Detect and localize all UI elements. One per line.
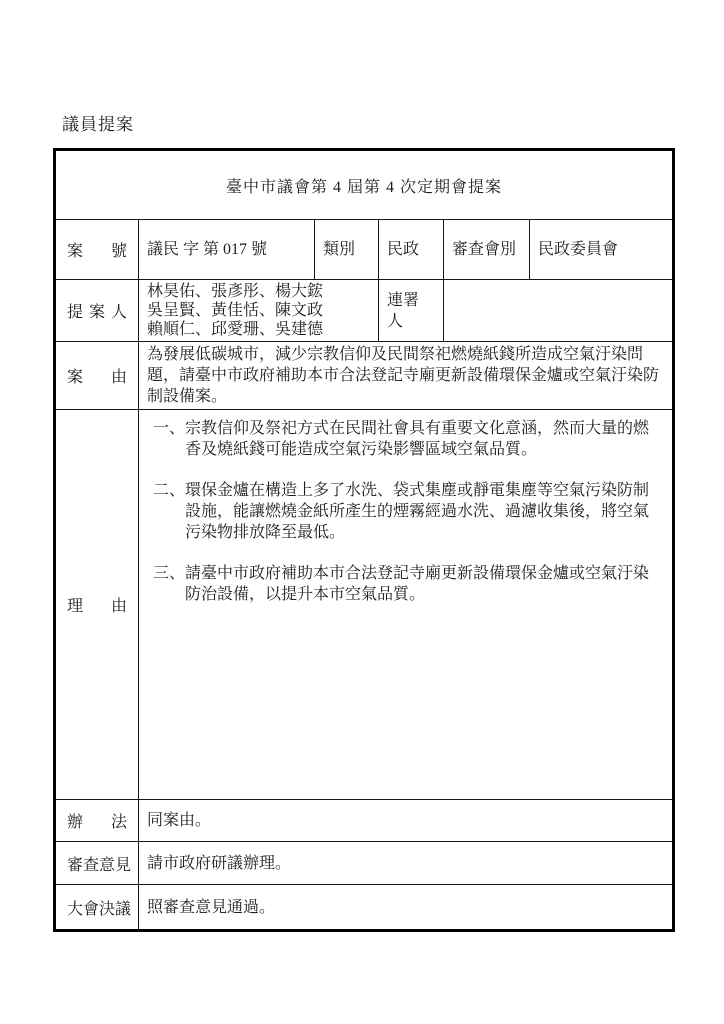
reasons-text: 一、宗教信仰及祭祀方式在民間社會具有重要文化意涵，然而大量的燃香及燒紙錢可能造成… (139, 410, 674, 800)
proposers-line-2: 吳呈賢、黃佳恬、陳文政 (147, 301, 372, 320)
cosigners-label: 連署人 (379, 280, 444, 342)
document-type-label: 議員提案 (62, 110, 134, 135)
reason-item-1: 一、宗教信仰及祭祀方式在民間社會具有重要文化意涵，然而大量的燃香及燒紙錢可能造成… (153, 418, 660, 460)
resolution-label: 大會決議 (55, 885, 139, 931)
proposers-label: 提案人 (55, 280, 139, 342)
review-opinion-label: 審查意見 (55, 842, 139, 885)
reason-item-3: 三、請臺中市政府補助本市合法登記寺廟更新設備環保金爐或空氣汙染防治設備，以提升本… (153, 563, 660, 605)
form-title: 臺中市議會第 4 屆第 4 次定期會提案 (55, 150, 674, 220)
review-opinion-label-text: 審查意見 (67, 852, 127, 875)
reasons-row: 理由 一、宗教信仰及祭祀方式在民間社會具有重要文化意涵，然而大量的燃香及燒紙錢可… (55, 410, 674, 800)
proposers-label-text: 提案人 (67, 299, 127, 322)
case-number-value: 議民 字 第 017 號 (139, 220, 315, 280)
reasons-label-text: 理由 (67, 593, 127, 616)
proposers-line-3: 賴順仁、邱愛珊、吳建德 (147, 320, 372, 339)
case-number-row: 案號 議民 字 第 017 號 類別 民政 審查會別 民政委員會 (55, 220, 674, 280)
proposers-line-1: 林昊佑、張彥彤、楊大鋐 (147, 282, 372, 301)
document-page: 議員提案 臺中市議會第 4 屆第 4 次定期會提案 案號 議民 字 第 017 … (0, 0, 724, 1024)
proposal-form-table: 臺中市議會第 4 屆第 4 次定期會提案 案號 議民 字 第 017 號 類別 … (53, 148, 675, 932)
subject-label-text: 案由 (67, 364, 127, 387)
review-opinion-row: 審查意見 請市政府研議辦理。 (55, 842, 674, 885)
resolution-label-text: 大會決議 (67, 896, 127, 919)
category-value: 民政 (379, 220, 444, 280)
method-label-text: 辦法 (67, 809, 127, 832)
reasons-label: 理由 (55, 410, 139, 800)
resolution-row: 大會決議 照審查意見通過。 (55, 885, 674, 931)
category-label: 類別 (315, 220, 379, 280)
subject-label: 案由 (55, 342, 139, 410)
proposers-names: 林昊佑、張彥彤、楊大鋐 吳呈賢、黃佳恬、陳文政 賴順仁、邱愛珊、吳建德 (139, 280, 379, 342)
method-label: 辦法 (55, 800, 139, 842)
case-number-label: 案號 (55, 220, 139, 280)
review-committee-value: 民政委員會 (530, 220, 674, 280)
title-row: 臺中市議會第 4 屆第 4 次定期會提案 (55, 150, 674, 220)
subject-row: 案由 為發展低碳城市，減少宗教信仰及民間祭祀燃燒紙錢所造成空氣汙染問題，請臺中市… (55, 342, 674, 410)
cosigners-value (444, 280, 674, 342)
reason-item-2: 二、環保金爐在構造上多了水洗、袋式集塵或靜電集塵等空氣污染防制設施，能讓燃燒金紙… (153, 480, 660, 543)
review-opinion-text: 請市政府研議辦理。 (139, 842, 674, 885)
case-number-label-text: 案號 (67, 238, 127, 261)
subject-text: 為發展低碳城市，減少宗教信仰及民間祭祀燃燒紙錢所造成空氣汙染問題，請臺中市政府補… (139, 342, 674, 410)
review-committee-label: 審查會別 (444, 220, 530, 280)
method-row: 辦法 同案由。 (55, 800, 674, 842)
proposers-row: 提案人 林昊佑、張彥彤、楊大鋐 吳呈賢、黃佳恬、陳文政 賴順仁、邱愛珊、吳建德 … (55, 280, 674, 342)
resolution-text: 照審查意見通過。 (139, 885, 674, 931)
method-text: 同案由。 (139, 800, 674, 842)
